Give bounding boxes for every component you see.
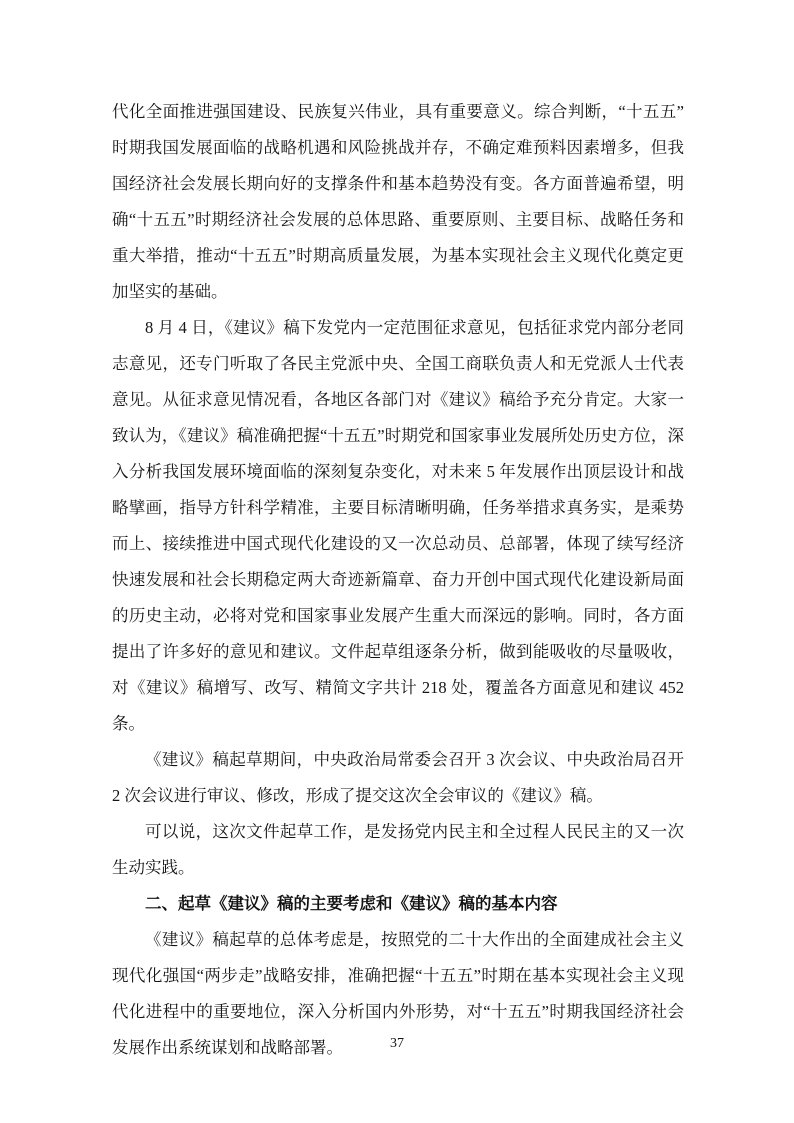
paragraph-democracy-practice: 可以说，这次文件起草工作，是发扬党内民主和全过程人民民主的又一次生动实践。: [112, 814, 684, 886]
paragraph-continuation: 代化全面推进强国建设、民族复兴伟业，具有重要意义。综合判断，“十五五”时期我国发…: [112, 94, 684, 310]
document-content: 代化全面推进强国建设、民族复兴伟业，具有重要意义。综合判断，“十五五”时期我国发…: [112, 94, 684, 1066]
paragraph-consultation: 8 月 4 日，《建议》稿下发党内一定范围征求意见，包括征求党内部分老同志意见，…: [112, 310, 684, 742]
section-heading: 二、起草《建议》稿的主要考虑和《建议》稿的基本内容: [112, 886, 684, 922]
document-page: 代化全面推进强国建设、民族复兴伟业，具有重要意义。综合判断，“十五五”时期我国发…: [0, 0, 794, 1123]
paragraph-politburo-meetings: 《建议》稿起草期间，中央政治局常委会召开 3 次会议、中央政治局召开 2 次会议…: [112, 742, 684, 814]
page-number: 37: [0, 1036, 794, 1052]
